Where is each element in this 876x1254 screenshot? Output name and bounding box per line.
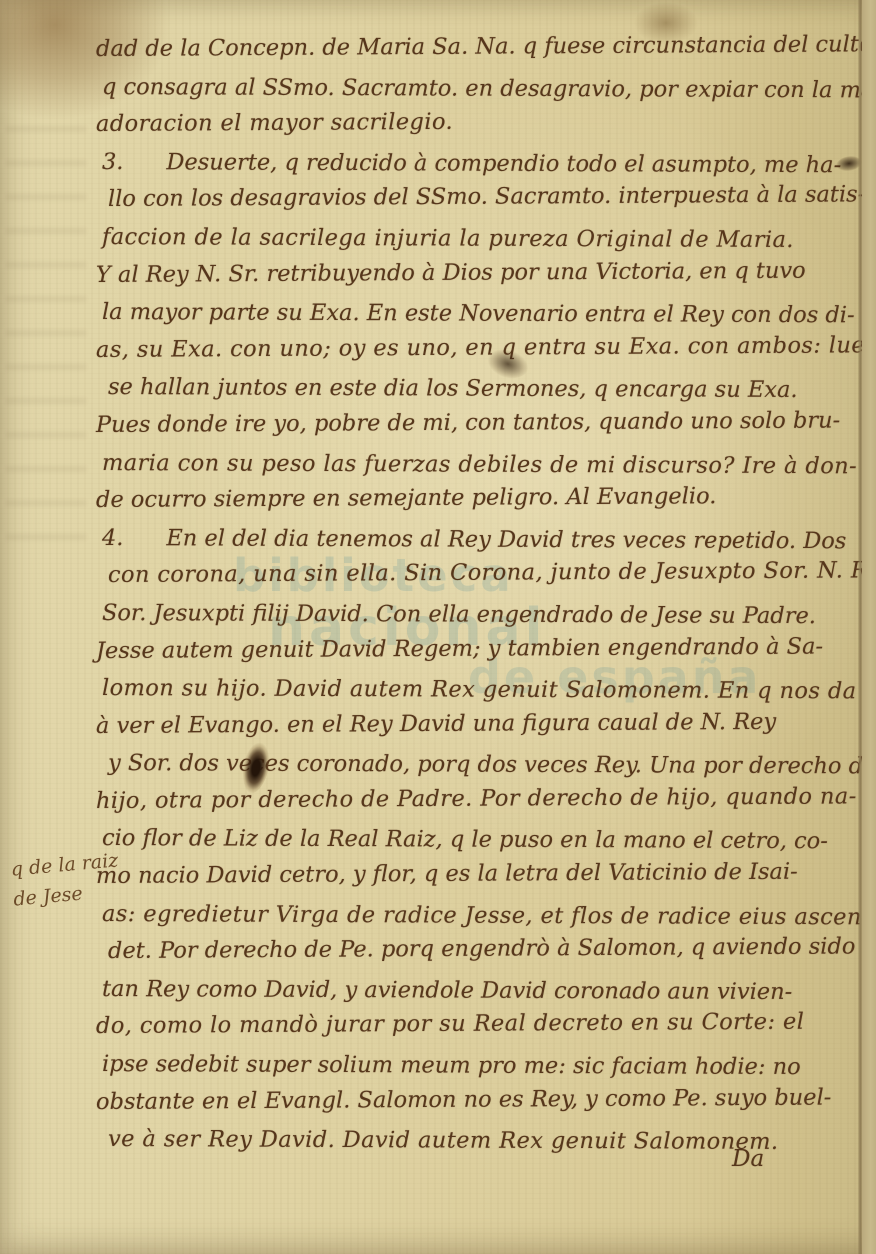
catchword: Da — [732, 1146, 764, 1172]
text-line: obstante en el Evangl. Salomon no es Rey… — [96, 1079, 876, 1121]
text-line: llo con los desagravios del SSmo. Sacram… — [108, 177, 876, 219]
manuscript-page: biblioteca nacional de españa dad de la … — [0, 0, 876, 1254]
text-line: con corona, una sin ella. Sin Corona, ju… — [108, 553, 876, 595]
text-line: Pues donde ire yo, pobre de mi, con tant… — [96, 402, 876, 444]
text-line: Jesse autem genuit David Regem; y tambie… — [96, 628, 876, 670]
text-line: hijo, otra por derecho de Padre. Por der… — [96, 778, 876, 820]
manuscript-text: dad de la Concepn. de Maria Sa. Na. q fu… — [0, 31, 876, 1159]
text-line: dad de la Concepn. de Maria Sa. Na. q fu… — [96, 26, 876, 68]
text-line: à ver el Evango. en el Rey David una fig… — [96, 703, 876, 745]
margin-note-line1: q de la raiz — [10, 849, 119, 880]
text-line: adoracion el mayor sacrilegio. — [96, 101, 876, 143]
text-line: mo nacio David cetro, y flor, q es la le… — [96, 853, 876, 895]
text-line: do, como lo mandò jurar por su Real decr… — [96, 1004, 876, 1046]
page-edge-band — [862, 0, 876, 1254]
margin-note: q de la raiz de Jese — [10, 845, 122, 914]
text-line: Y al Rey N. Sr. retribuyendo à Dios por … — [96, 252, 876, 294]
text-line: det. Por derecho de Pe. porq engendrò à … — [108, 929, 876, 971]
margin-note-line2: de Jese — [13, 883, 84, 911]
text-line: de ocurro siempre en semejante peligro. … — [96, 477, 876, 519]
